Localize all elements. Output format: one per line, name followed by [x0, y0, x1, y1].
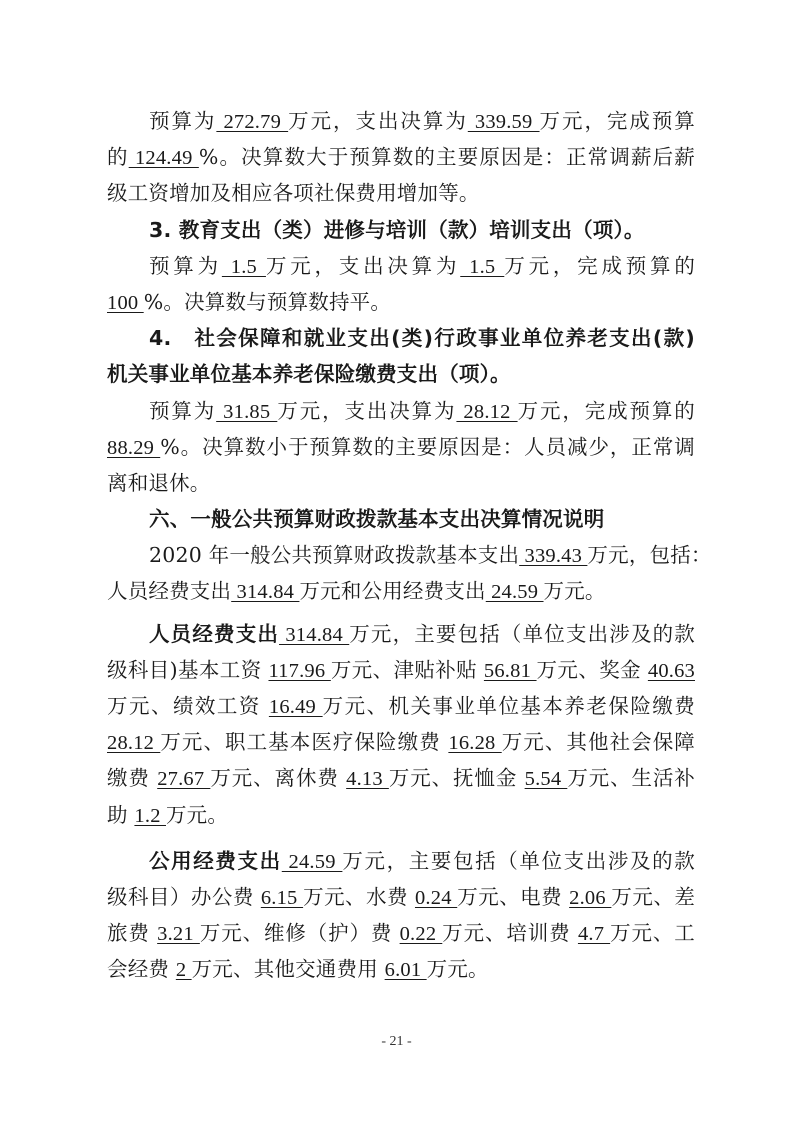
paragraph-line: 预算为 31.85 万元，支出决算为 28.12 万元，完成预算的 [107, 393, 695, 429]
item-heading: 4. 社会保障和就业支出(类)行政事业单位养老支出(款) [107, 320, 695, 356]
paragraph-line: 预算为 272.79 万元，支出决算为 339.59 万元，完成预算 [107, 103, 695, 139]
paragraph-line: 88.29 %。决算数小于预算数的主要原因是：人员减少，正常调 [107, 429, 695, 465]
paragraph-line: 公用经费支出 24.59 万元，主要包括（单位支出涉及的款 [107, 843, 695, 879]
actual-value: 1.5 [460, 256, 504, 278]
paragraph-line: 离和退休。 [107, 465, 695, 501]
section-heading: 六、一般公共预算财政拨款基本支出决算情况说明 [107, 501, 695, 537]
paragraph-line: 万元、绩效工资 16.49 万元、机关事业单位基本养老保险缴费 [107, 688, 695, 724]
paragraph-line: 100 %。决算数与预算数持平。 [107, 284, 695, 320]
page-number: - 21 - [0, 1034, 793, 1050]
paragraph-line: 助 1.2 万元。 [107, 797, 695, 833]
budget-value: 272.79 [216, 111, 288, 133]
personnel-total: 314.84 [231, 581, 299, 603]
paragraph-line: 会经费 2 万元、其他交通费用 6.01 万元。 [107, 951, 695, 987]
actual-value: 339.59 [468, 111, 540, 133]
completion-rate: 100 [107, 292, 144, 314]
document-page: 预算为 272.79 万元，支出决算为 339.59 万元，完成预算 的 124… [107, 103, 695, 988]
public-total: 24.59 [486, 581, 544, 603]
paragraph-line: 2020 年一般公共预算财政拨款基本支出 339.43 万元，包括： [107, 537, 695, 573]
paragraph-line: 级工资增加及相应各项社保费用增加等。 [107, 175, 695, 211]
actual-value: 28.12 [456, 401, 517, 423]
paragraph-line: 级科目）办公费 6.15 万元、水费 0.24 万元、电费 2.06 万元、差 [107, 879, 695, 915]
completion-rate: 88.29 [107, 437, 160, 459]
item-heading: 3. 教育支出（类）进修与培训（款）培训支出（项）。 [107, 212, 695, 248]
item-heading: 机关事业单位基本养老保险缴费支出（项）。 [107, 356, 695, 392]
completion-rate: 124.49 [129, 147, 199, 169]
paragraph-line: 人员经费支出 314.84 万元，主要包括（单位支出涉及的款 [107, 616, 695, 652]
paragraph-line: 人员经费支出 314.84 万元和公用经费支出 24.59 万元。 [107, 573, 695, 609]
paragraph-line: 的 124.49 %。决算数大于预算数的主要原因是：正常调薪后薪 [107, 139, 695, 175]
paragraph-line: 预算为 1.5 万元，支出决算为 1.5 万元，完成预算的 [107, 248, 695, 284]
budget-value: 1.5 [222, 256, 266, 278]
budget-value: 31.85 [216, 401, 277, 423]
total-basic-expenditure: 339.43 [519, 545, 587, 567]
paragraph-line: 28.12 万元、职工基本医疗保险缴费 16.28 万元、其他社会保障 [107, 724, 695, 760]
paragraph-line: 缴费 27.67 万元、离休费 4.13 万元、抚恤金 5.54 万元、生活补 [107, 760, 695, 796]
paragraph-line: 旅费 3.21 万元、维修（护）费 0.22 万元、培训费 4.7 万元、工 [107, 915, 695, 951]
paragraph-line: 级科目)基本工资 117.96 万元、津贴补贴 56.81 万元、奖金 40.6… [107, 652, 695, 688]
